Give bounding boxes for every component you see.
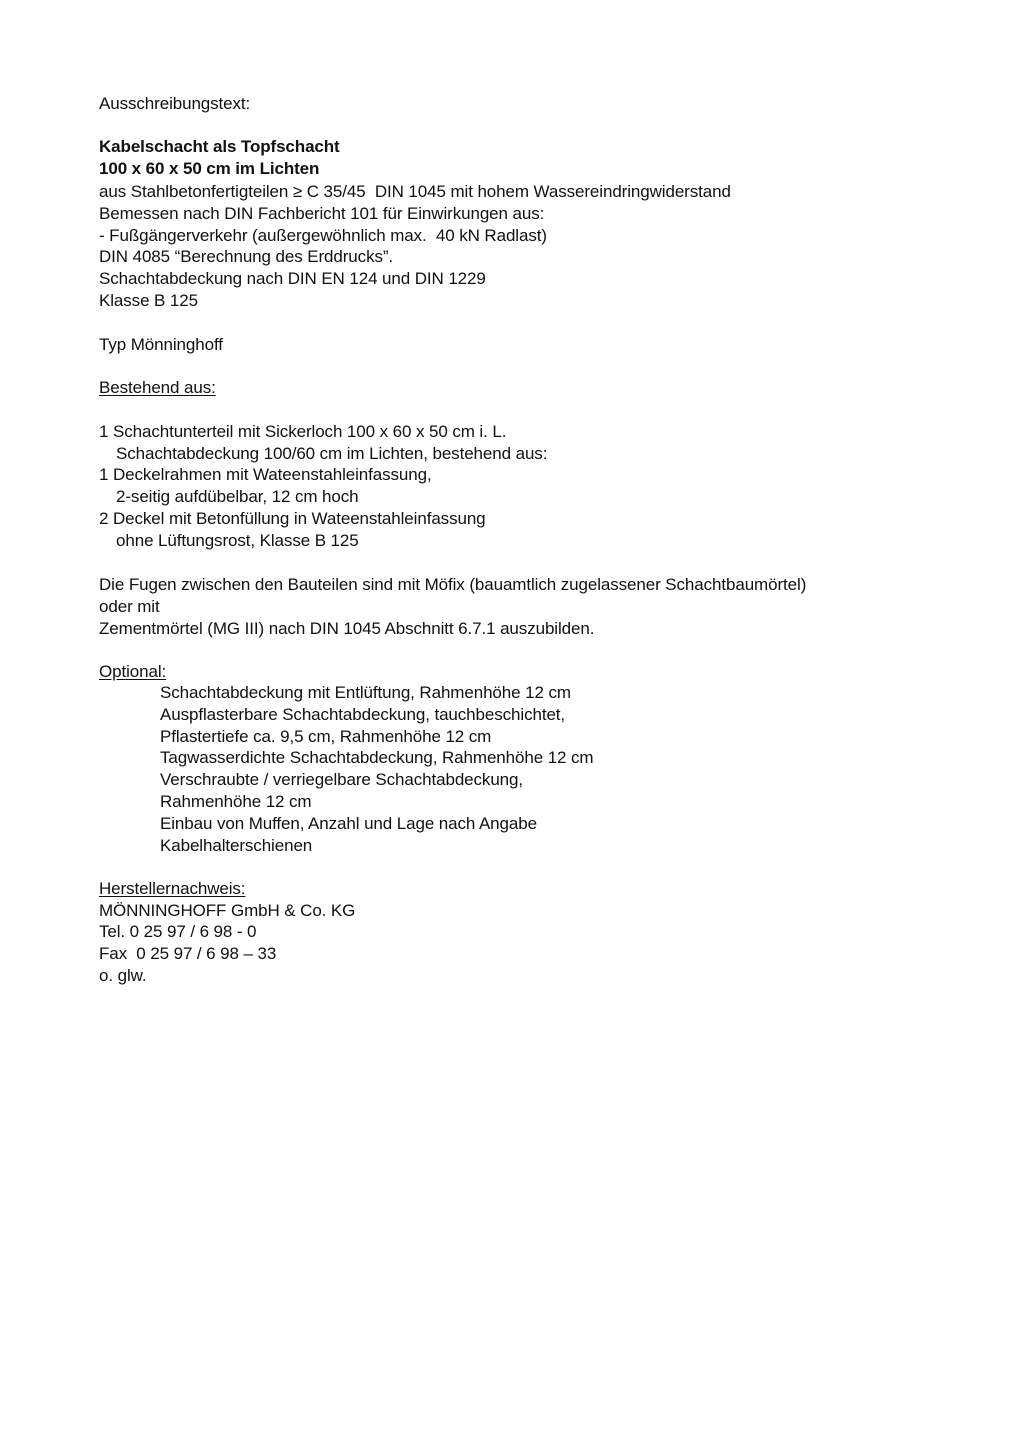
- component-line: 2-seitig aufdübelbar, 12 cm hoch: [116, 487, 359, 507]
- spec-line: - Fußgängerverkehr (außergewöhnlich max.…: [99, 226, 547, 246]
- manufacturer-heading: Herstellernachweis:: [99, 879, 245, 899]
- document-title: Kabelschacht als Topfschacht: [99, 137, 340, 157]
- components-heading: Bestehend aus:: [99, 378, 216, 398]
- intro-label: Ausschreibungstext:: [99, 94, 250, 114]
- manufacturer-note: o. glw.: [99, 966, 147, 986]
- joints-line: oder mit: [99, 597, 160, 617]
- type-line: Typ Mönninghoff: [99, 335, 223, 355]
- document-subtitle: 100 x 60 x 50 cm im Lichten: [99, 159, 319, 179]
- manufacturer-fax: Fax 0 25 97 / 6 98 – 33: [99, 944, 276, 964]
- optional-line: Einbau von Muffen, Anzahl und Lage nach …: [160, 814, 537, 834]
- component-line: 2 Deckel mit Betonfüllung in Wateenstahl…: [99, 509, 486, 529]
- optional-heading: Optional:: [99, 662, 166, 682]
- optional-line: Verschraubte / verriegelbare Schachtabde…: [160, 770, 523, 790]
- optional-line: Rahmenhöhe 12 cm: [160, 792, 312, 812]
- optional-line: Pflastertiefe ca. 9,5 cm, Rahmenhöhe 12 …: [160, 727, 491, 747]
- spec-line: aus Stahlbetonfertigteilen ≥ C 35/45 DIN…: [99, 182, 731, 202]
- manufacturer-tel: Tel. 0 25 97 / 6 98 - 0: [99, 922, 256, 942]
- spec-line: DIN 4085 “Berechnung des Erddrucks”.: [99, 247, 393, 267]
- spec-line: Schachtabdeckung nach DIN EN 124 und DIN…: [99, 269, 486, 289]
- component-line: Schachtabdeckung 100/60 cm im Lichten, b…: [116, 444, 547, 464]
- spec-line: Klasse B 125: [99, 291, 198, 311]
- component-line: 1 Schachtunterteil mit Sickerloch 100 x …: [99, 422, 506, 442]
- optional-line: Auspflasterbare Schachtabdeckung, tauchb…: [160, 705, 565, 725]
- manufacturer-name: MÖNNINGHOFF GmbH & Co. KG: [99, 901, 355, 921]
- spec-line: Bemessen nach DIN Fachbericht 101 für Ei…: [99, 204, 544, 224]
- optional-line: Kabelhalterschienen: [160, 836, 312, 856]
- component-line: ohne Lüftungsrost, Klasse B 125: [116, 531, 359, 551]
- joints-line: Die Fugen zwischen den Bauteilen sind mi…: [99, 575, 806, 595]
- optional-line: Schachtabdeckung mit Entlüftung, Rahmenh…: [160, 683, 571, 703]
- component-line: 1 Deckelrahmen mit Wateenstahleinfassung…: [99, 465, 432, 485]
- optional-line: Tagwasserdichte Schachtabdeckung, Rahmen…: [160, 748, 594, 768]
- joints-line: Zementmörtel (MG III) nach DIN 1045 Absc…: [99, 619, 594, 639]
